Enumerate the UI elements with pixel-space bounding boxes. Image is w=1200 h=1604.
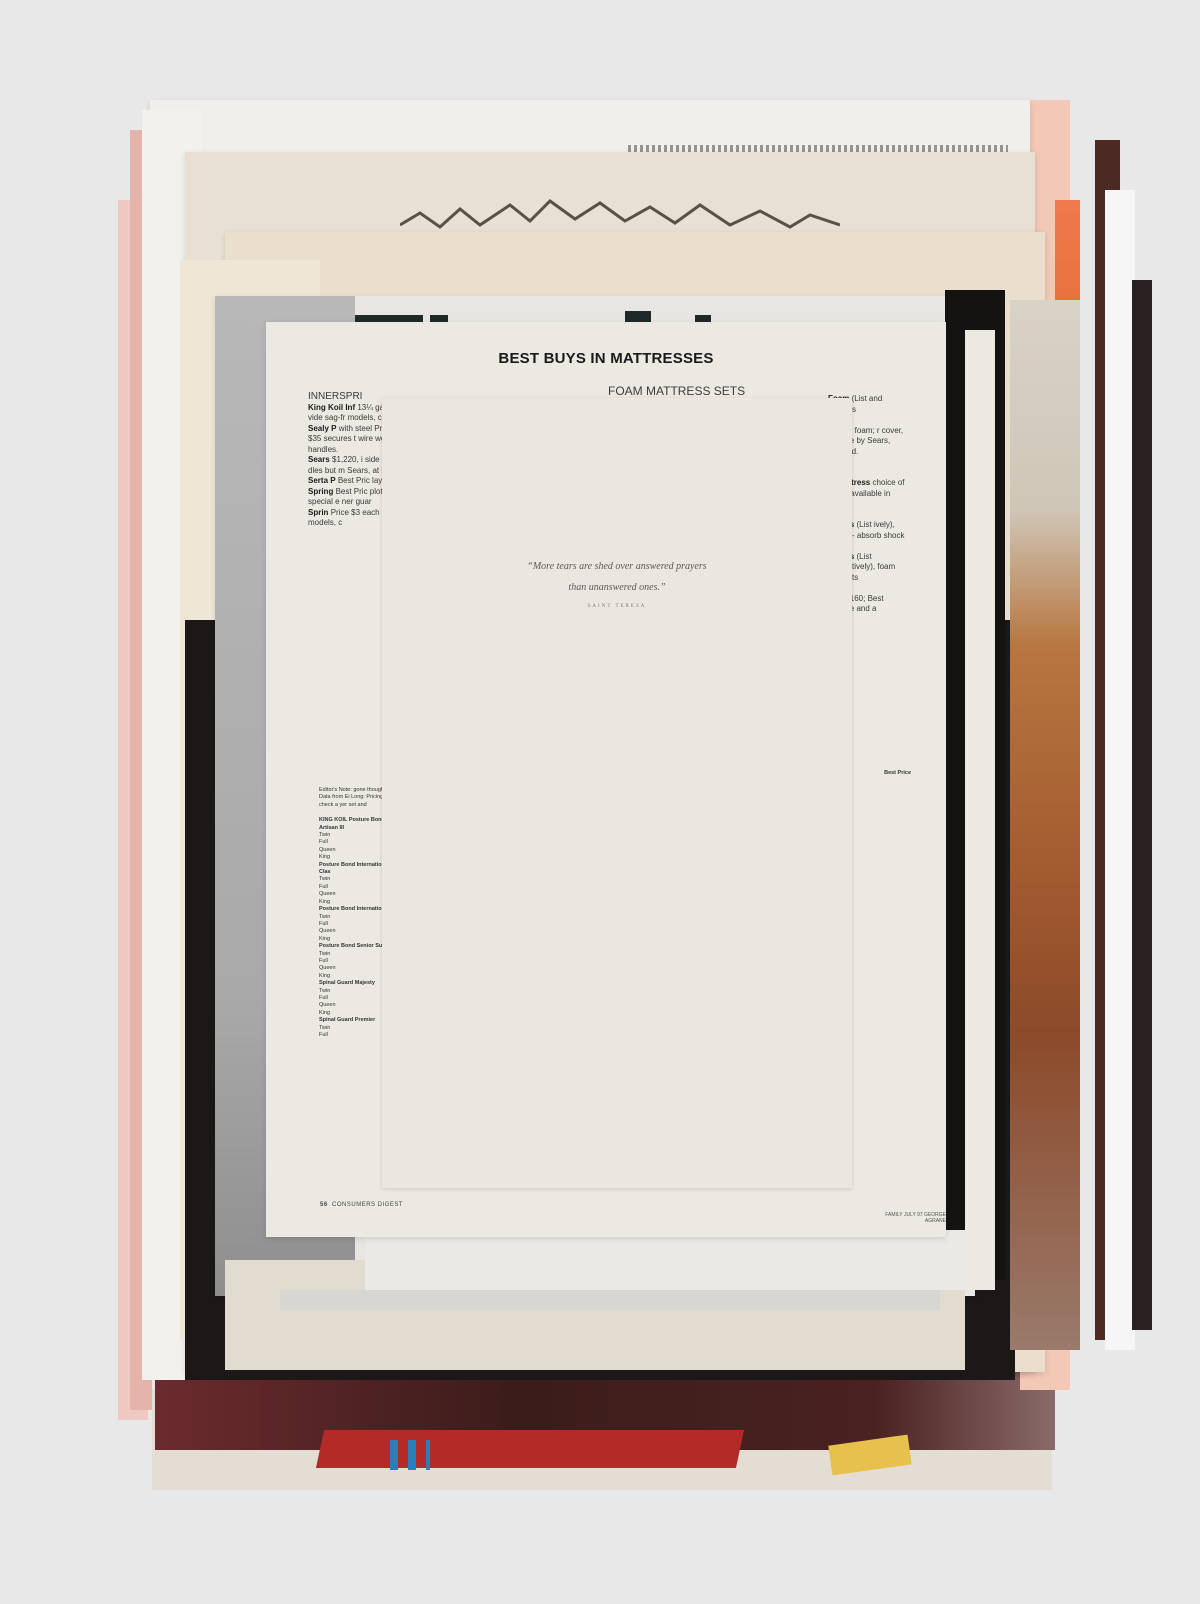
white-magazine-strip <box>965 330 995 1290</box>
zigzag-graphic <box>400 195 840 235</box>
quote-page: “More tears are shed over answered praye… <box>382 398 852 1188</box>
quote-line: than unanswered ones.” <box>382 577 852 598</box>
page-number: 56 <box>320 1202 328 1208</box>
page-footer-credit: FAMILY JULY 97 GEORGE AGRANE <box>882 1212 946 1224</box>
page-footer: 56 CONSUMERS DIGEST <box>320 1202 403 1208</box>
black-page-edge <box>1132 280 1152 1330</box>
column-header: Best Price <box>884 770 911 777</box>
entry-name: Sears <box>308 455 330 464</box>
quote-text: “More tears are shed over answered praye… <box>382 556 852 598</box>
lower-white-page <box>365 1230 965 1290</box>
entry-name: Serta P <box>308 476 336 485</box>
lower-gray-strip <box>280 1290 940 1310</box>
page-title: BEST BUYS IN MATTRESSES <box>266 350 946 367</box>
publication-name: CONSUMERS DIGEST <box>332 1202 403 1208</box>
blue-graphic-bits <box>390 1440 430 1470</box>
entry-name: Sprin <box>308 508 328 517</box>
entry-name: King Koil Inf <box>308 403 355 412</box>
white-page-edge <box>1105 190 1135 1350</box>
section-heading: FOAM MATTRESS SETS <box>608 384 745 398</box>
entry-name: Sealy P <box>308 424 336 433</box>
entry-name: Spring <box>308 487 333 496</box>
brown-torn-page <box>1010 300 1080 1350</box>
quote-author: SAINT TERESA <box>382 604 852 609</box>
red-graphic-strip <box>316 1430 744 1468</box>
quote-line: “More tears are shed over answered praye… <box>382 556 852 577</box>
